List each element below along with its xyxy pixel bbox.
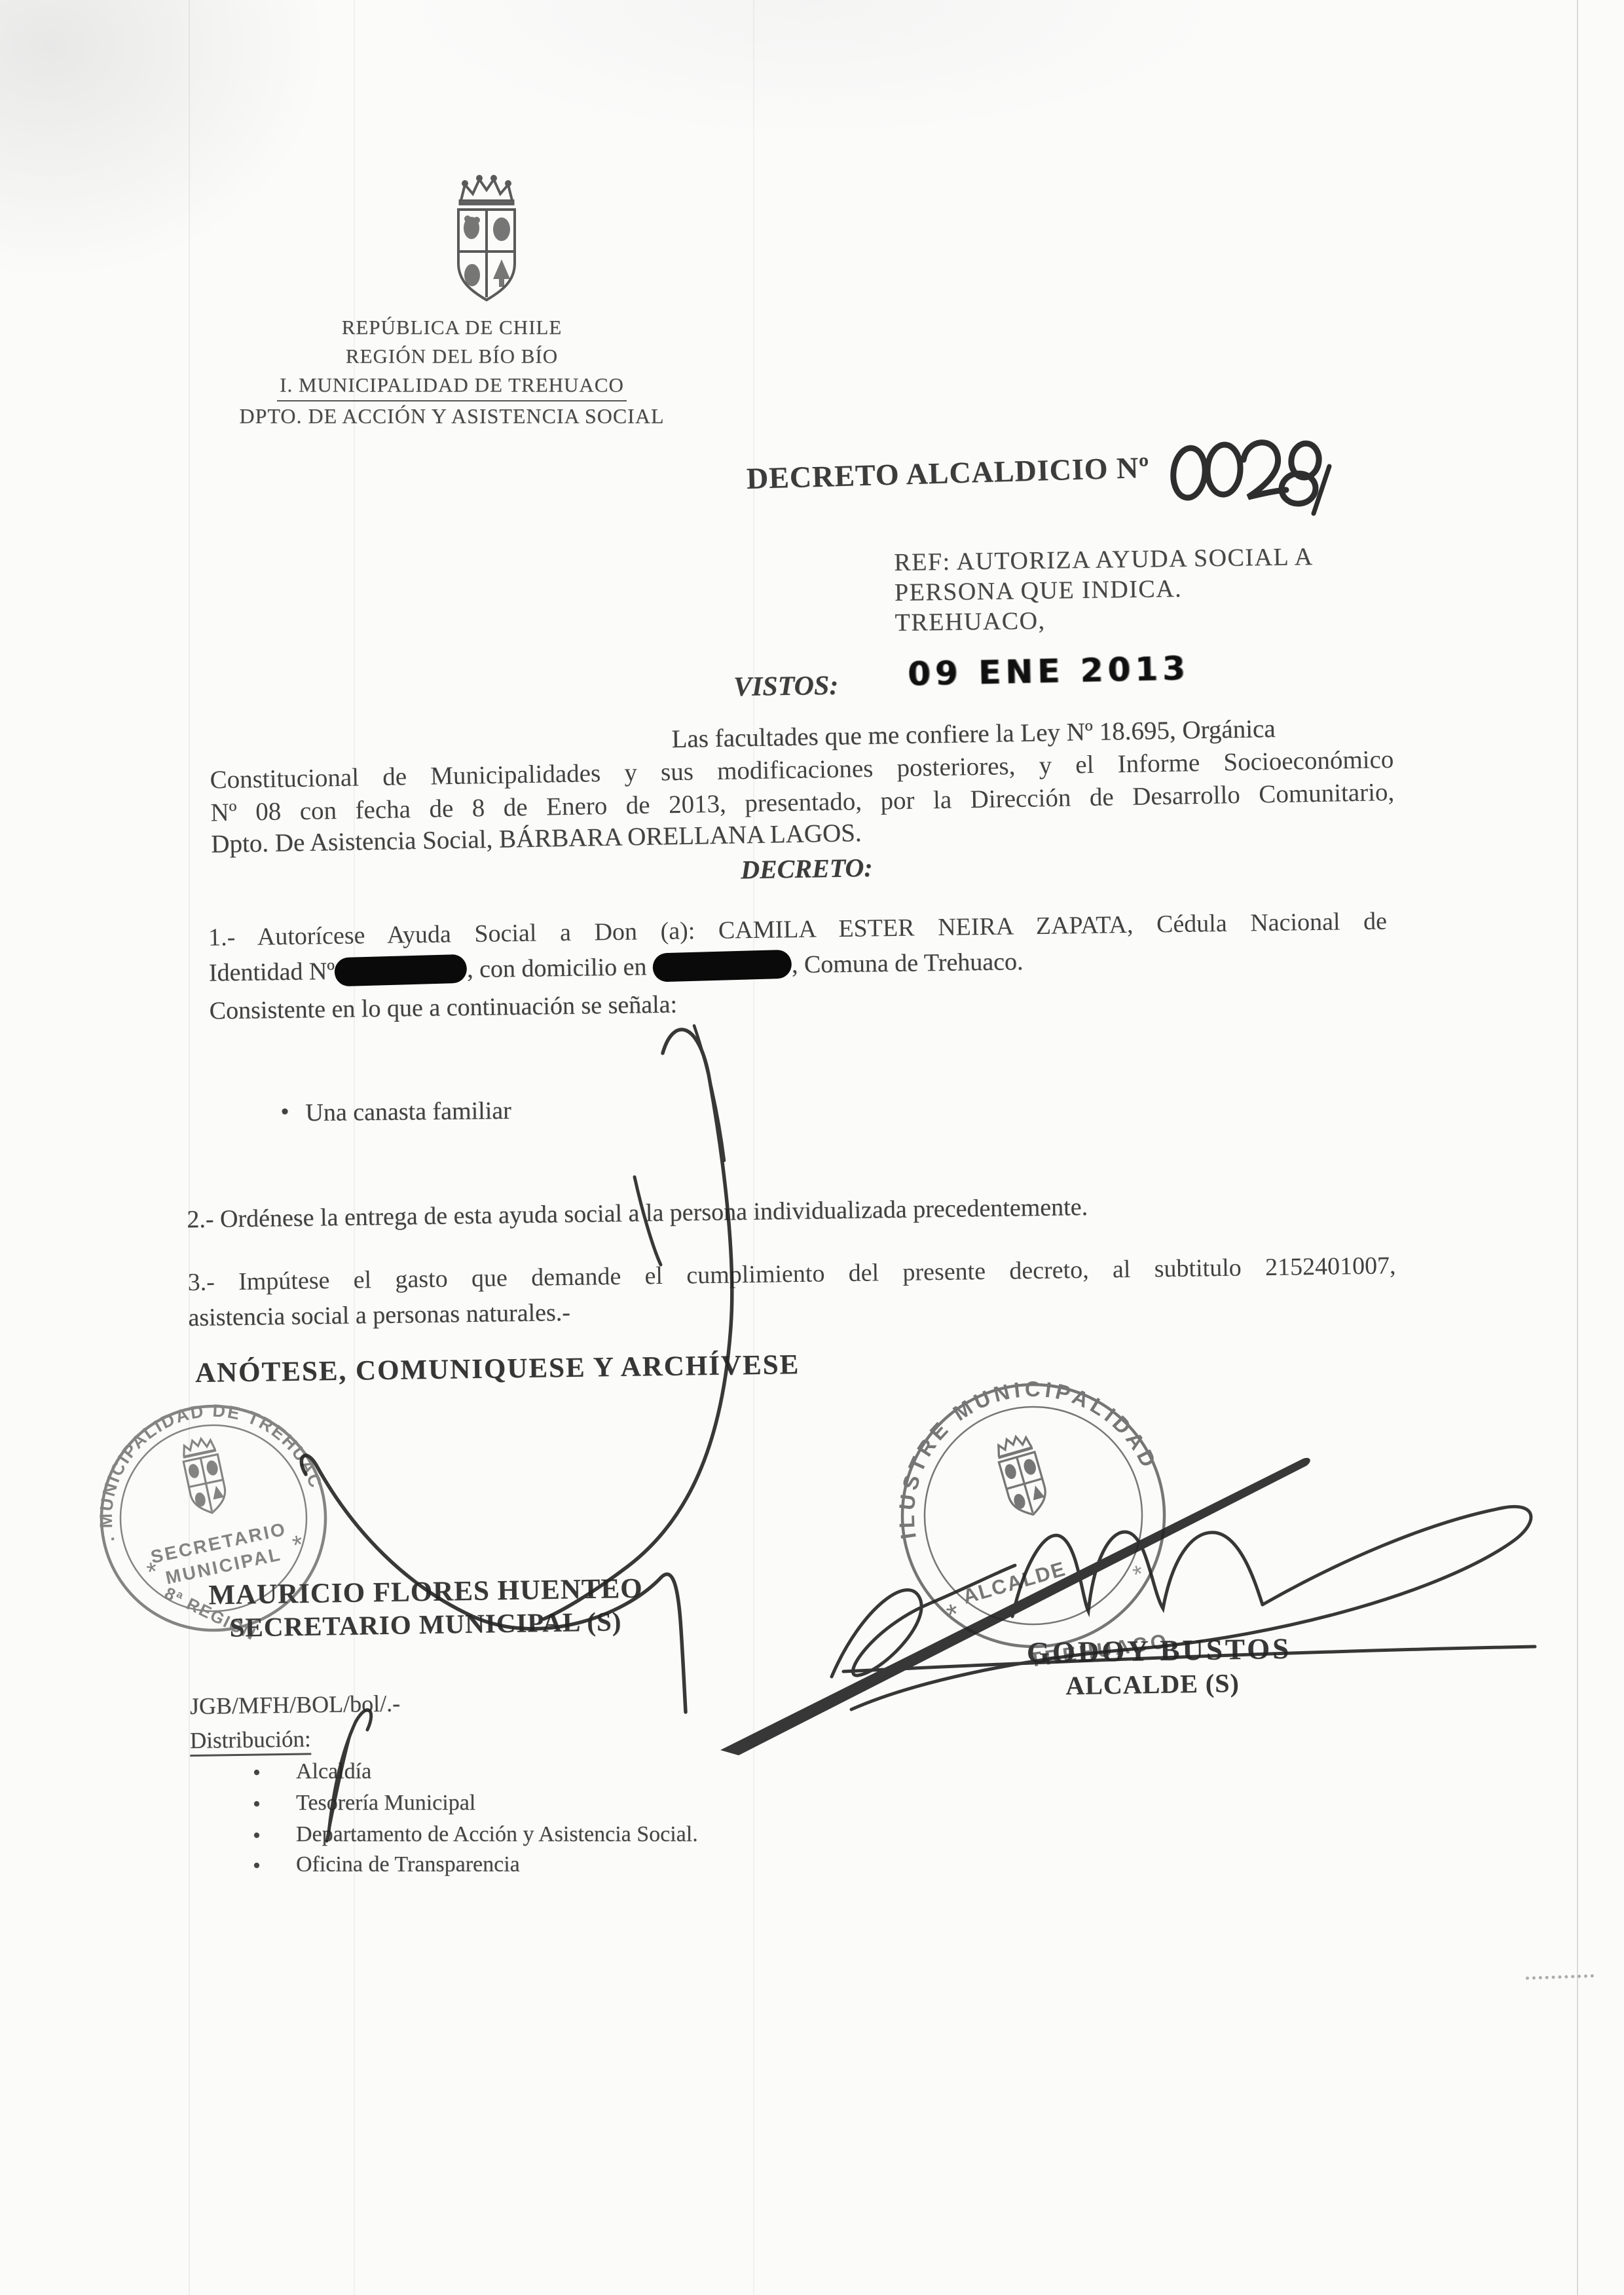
- distribution-section: Distribución:: [190, 1726, 311, 1754]
- stamp-star-icon: *: [1130, 1560, 1147, 1590]
- item3-line1: 3.- Impútese el gasto que demande el cum…: [187, 1251, 1395, 1297]
- mayor-title: ALCALDE (S): [936, 1666, 1369, 1703]
- stamp-center-label: ALCALDE: [960, 1557, 1068, 1608]
- bullet-dot: •: [253, 1792, 261, 1817]
- responsibility-initials: JGB/MFH/BOL/bol/.-: [190, 1690, 401, 1720]
- bullet-dot: •: [253, 1823, 261, 1848]
- distribution-label: Distribución:: [190, 1726, 311, 1757]
- mayor-round-stamp: ILUSTRE MUNICIPALIDAD ALCALDE * * TREHUA…: [897, 1379, 1185, 1673]
- mayor-name: GODOY BUSTOS: [936, 1630, 1382, 1671]
- distribution-item: Departamento de Acción y Asistencia Soci…: [296, 1822, 698, 1847]
- stamp-star-icon: *: [290, 1530, 306, 1560]
- scan-artifact-dashes: [1526, 1974, 1594, 1980]
- decree-items-2-3: 2.- Ordénese la entrega de esta ayuda so…: [0, 0, 1624, 1375]
- item2-line: 2.- Ordénese la entrega de esta ayuda so…: [187, 1193, 1088, 1234]
- distribution-item: Alcaldía: [296, 1759, 371, 1784]
- scanned-decree-page: REPÚBLICA DE CHILE REGIÓN DEL BÍO BÍO I.…: [0, 0, 1624, 2295]
- item3-line2: asistencia social a personas naturales.-: [188, 1298, 570, 1332]
- bullet-dot: •: [253, 1854, 261, 1878]
- secretary-title: SECRETARIO MUNICIPAL (S): [196, 1605, 655, 1644]
- distribution-item: Tesorería Municipal: [296, 1791, 475, 1816]
- bullet-dot: •: [253, 1761, 261, 1785]
- distribution-item: Oficina de Transparencia: [296, 1852, 520, 1877]
